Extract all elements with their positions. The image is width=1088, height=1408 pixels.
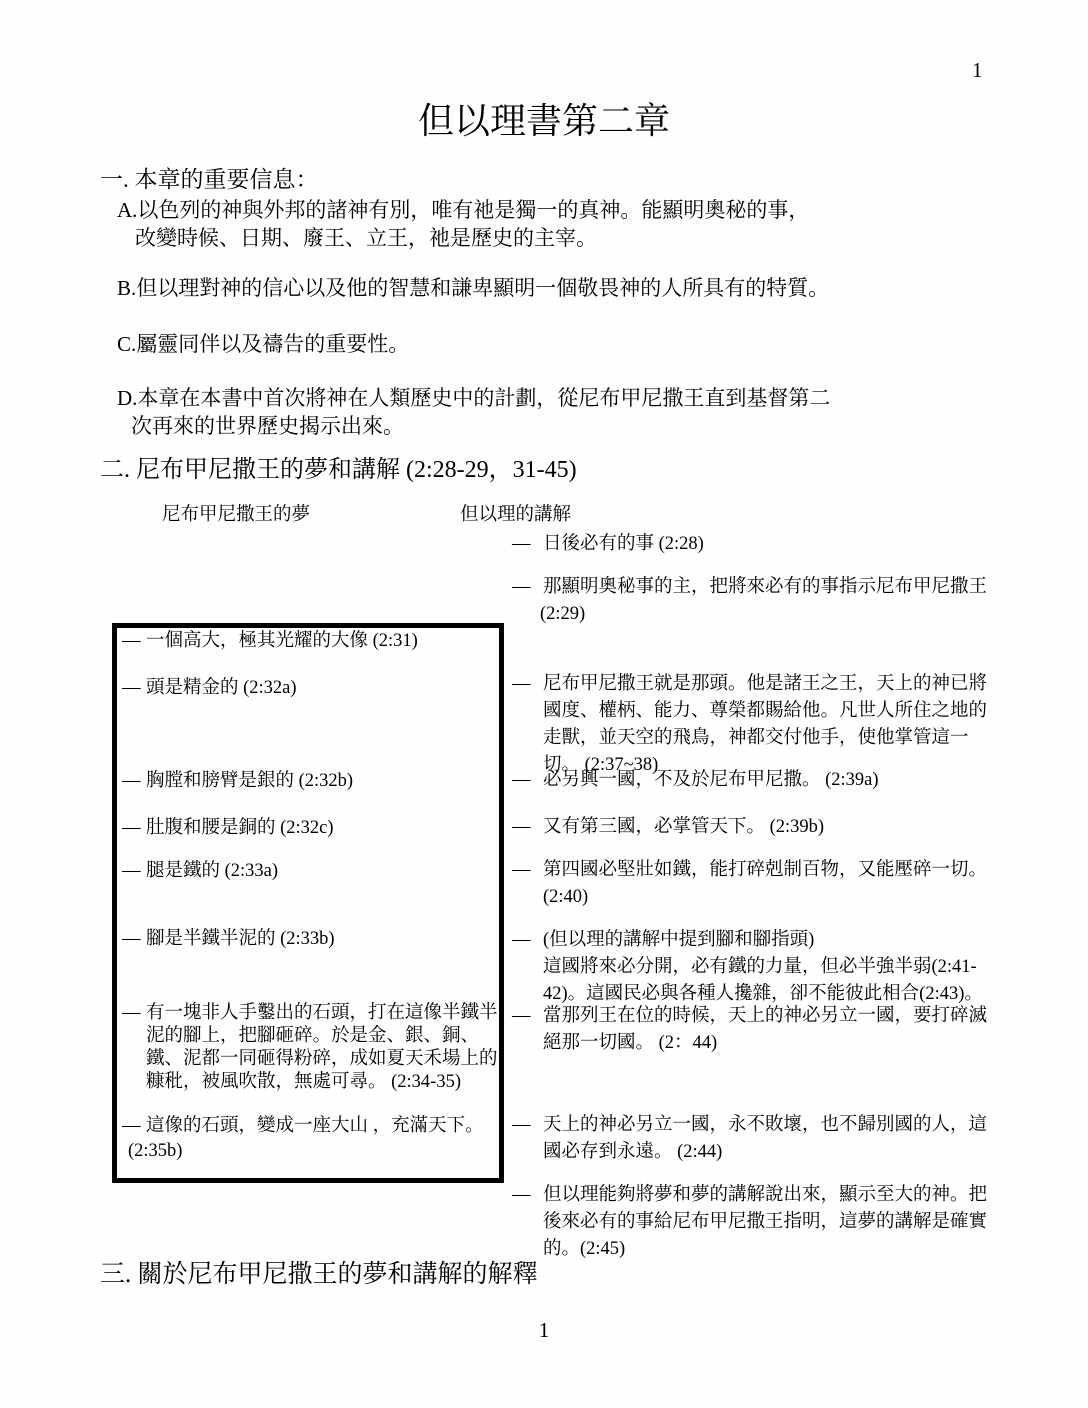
bullet-dash: — (122, 772, 141, 791)
dream-column-header: 尼布甲尼撒王的夢 (162, 506, 310, 525)
bullet-dash: — (512, 1007, 531, 1026)
item-d-line-1: D.本章在本書中首次將神在人類歷史中的計劃，從尼布甲尼撒王直到基督第二 (117, 388, 830, 409)
dream-item-8-line-1: 這像的石頭，變成一座大山 ，充滿天下。 (146, 1117, 484, 1136)
section-two-heading: 二. 尼布甲尼撒王的夢和講解 (2:28-29，31-45) (100, 458, 577, 482)
bullet-dash: — (512, 818, 531, 837)
bullet-dash: — (122, 819, 141, 838)
interpretation-item-3-line-2: 國度、權柄、能力、尊榮都賜給他。凡世人所住之地的 (543, 702, 987, 721)
interpretation-item-7-line-2: 這國將來必分開，必有鐵的力量，但必半強半弱(2:41- (543, 958, 977, 977)
interpretation-item-1: 日後必有的事 (2:28) (543, 535, 704, 554)
interpretation-item-2-line-2: (2:29) (540, 605, 585, 624)
dream-box: — 一個高大，極其光耀的大像 (2:31) — 頭是精金的 (2:32a) — … (112, 623, 504, 1183)
bullet-dash: — (512, 1116, 531, 1135)
bullet-dash: — (122, 1117, 141, 1136)
bullet-dash: — (512, 675, 531, 694)
dream-item-7-line-1: 有一塊非人手鑿出的石頭，打在這像半鐵半 (146, 1004, 498, 1023)
interpretation-item-6-line-2: (2:40) (543, 888, 588, 907)
item-a-line-2: 改變時候、日期、廢王、立王，祂是歷史的主宰。 (135, 228, 597, 249)
item-c: C.屬靈同伴以及禱告的重要性。 (117, 334, 409, 355)
interpretation-item-3-line-1: 尼布甲尼撒王就是那頭。他是諸王之王，天上的神已將 (543, 675, 987, 694)
interpretation-item-7-line-3: 42)。這國民必與各種人攙雜，卻不能彼此相合(2:43)。 (543, 985, 983, 1004)
page-number-top: 1 (972, 60, 983, 81)
dream-item-1: 一個高大，極其光耀的大像 (2:31) (146, 632, 418, 651)
document-page: 1 1 但以理書第二章 一. 本章的重要信息： A.以色列的神與外邦的諸神有別，… (0, 0, 1088, 1408)
dream-item-8-line-2: (2:35b) (128, 1142, 182, 1161)
page-number-bottom: 1 (0, 1320, 1088, 1341)
dream-item-3: 胸膛和膀臂是銀的 (2:32b) (146, 772, 353, 791)
interpretation-item-10-line-2: 後來必有的事給尼布甲尼撒王指明，這夢的講解是確實 (543, 1213, 987, 1232)
interpretation-item-8-line-2: 絕那一切國。 (2：44) (543, 1034, 717, 1053)
bullet-dash: — (512, 931, 531, 950)
bullet-dash: — (512, 535, 531, 554)
document-title: 但以理書第二章 (0, 103, 1088, 139)
bullet-dash: — (512, 861, 531, 880)
interpretation-item-6-line-1: 第四國必堅壯如鐵，能打碎剋制百物，又能壓碎一切。 (543, 861, 987, 880)
bullet-dash: — (122, 930, 141, 949)
dream-item-7-line-3: 鐵、泥都一同砸得粉碎，成如夏天禾場上的 (146, 1050, 498, 1069)
bullet-dash: — (122, 1004, 141, 1023)
section-one-heading: 一. 本章的重要信息： (100, 168, 319, 191)
dream-item-4: 肚腹和腰是銅的 (2:32c) (146, 819, 334, 838)
dream-item-5: 腿是鐵的 (2:33a) (146, 862, 278, 881)
bullet-dash: — (512, 578, 531, 597)
bullet-dash: — (512, 1186, 531, 1205)
section-three-heading: 三. 關於尼布甲尼撒王的夢和講解的解釋 (100, 1262, 538, 1287)
interpretation-item-10-line-3: 的。(2:45) (543, 1240, 625, 1259)
interpretation-item-4: 必另興一國，不及於尼布甲尼撒。 (2:39a) (543, 771, 879, 790)
interpretation-item-3-line-3: 走獸，並天空的飛鳥，神都交付他手，使他掌管這一 (543, 729, 969, 748)
dream-item-7-line-4: 糠秕，被風吹散，無處可尋。 (2:34-35) (146, 1073, 461, 1092)
bullet-dash: — (122, 862, 141, 881)
interpretation-item-7-line-1: (但以理的講解中提到腳和腳指頭) (543, 931, 814, 950)
dream-item-7-line-2: 泥的腳上，把腳砸碎。於是金、銀、銅、 (146, 1027, 479, 1046)
interpretation-item-10-line-1: 但以理能夠將夢和夢的講解說出來，顯示至大的神。把 (543, 1186, 987, 1205)
bullet-dash: — (122, 632, 141, 651)
interpretation-item-2-line-1: 那顯明奧秘事的主，把將來必有的事指示尼布甲尼撒王 (543, 578, 987, 597)
dream-item-6: 腳是半鐵半泥的 (2:33b) (146, 930, 335, 949)
interpretation-item-8-line-1: 當那列王在位的時候，天上的神必另立一國，要打碎滅 (543, 1007, 987, 1026)
item-d-line-2: 次再來的世界歷史揭示出來。 (131, 416, 404, 437)
bullet-dash: — (122, 679, 141, 698)
interpretation-item-9-line-1: 天上的神必另立一國，永不敗壞，也不歸別國的人，這 (543, 1116, 987, 1135)
item-a-line-1: A.以色列的神與外邦的諸神有別，唯有祂是獨一的真神。能顯明奧秘的事， (117, 200, 809, 221)
item-b: B.但以理對神的信心以及他的智慧和謙卑顯明一個敬畏神的人所具有的特質。 (117, 278, 829, 299)
bullet-dash: — (512, 771, 531, 790)
dream-item-2: 頭是精金的 (2:32a) (146, 679, 297, 698)
interpretation-item-5: 又有第三國，必掌管天下。 (2:39b) (543, 818, 824, 837)
interpretation-column-header: 但以理的講解 (460, 506, 571, 525)
interpretation-item-9-line-2: 國必存到永遠。 (2:44) (543, 1143, 722, 1162)
